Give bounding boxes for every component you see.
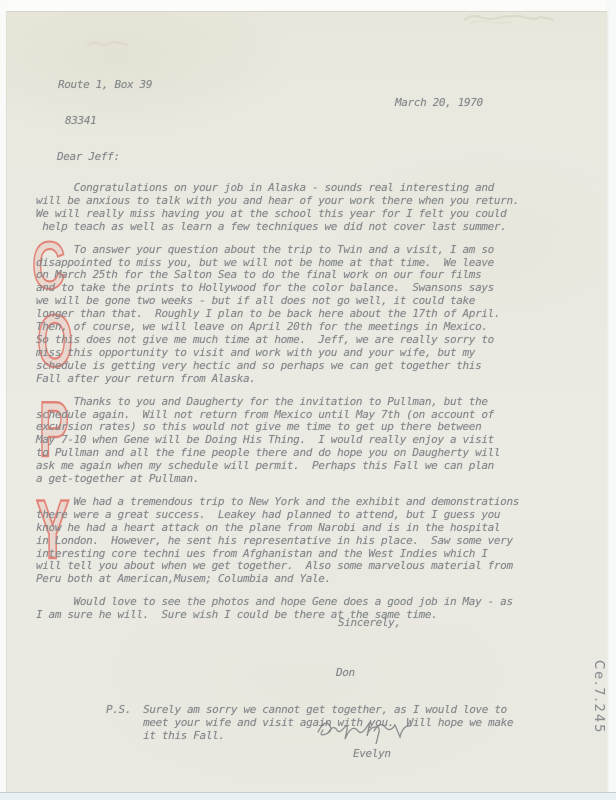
sender-address: Route 1, Box 39	[58, 79, 152, 92]
pencil-smudge-top-right	[460, 8, 570, 28]
scan-border-bottom	[0, 792, 616, 800]
letter-date: March 20, 1970	[395, 97, 483, 110]
paragraph: Would love to see the photos and hope Ge…	[36, 596, 561, 622]
paragraph: Congratulations on your job in Alaska - …	[36, 182, 561, 234]
postscript: P.S. Surely am sorry we cannot get toget…	[106, 704, 513, 743]
margin-archive-number: Ce.7.245	[580, 660, 606, 770]
sender-zip: 83341	[65, 115, 96, 128]
salutation: Dear Jeff:	[57, 151, 120, 164]
paragraph: Thanks to you and Daugherty for the invi…	[36, 396, 561, 486]
signature-typed-evelyn: Evelyn	[353, 748, 391, 761]
closing: Sincerely,	[338, 617, 401, 630]
scanned-letter-page: { "letter": { "sender_address": "Route 1…	[0, 0, 616, 800]
signature-typed-don: Don	[336, 667, 355, 680]
ps-label: P.S.	[106, 704, 131, 743]
scan-border-right	[606, 0, 616, 800]
paragraph: We had a tremendous trip to New York and…	[36, 496, 561, 586]
paragraph: To answer your question about the trip t…	[36, 244, 561, 386]
letter-body: Congratulations on your job in Alaska - …	[36, 182, 561, 632]
pencil-smudge-top-left	[84, 36, 130, 52]
handwritten-signature	[312, 712, 427, 744]
